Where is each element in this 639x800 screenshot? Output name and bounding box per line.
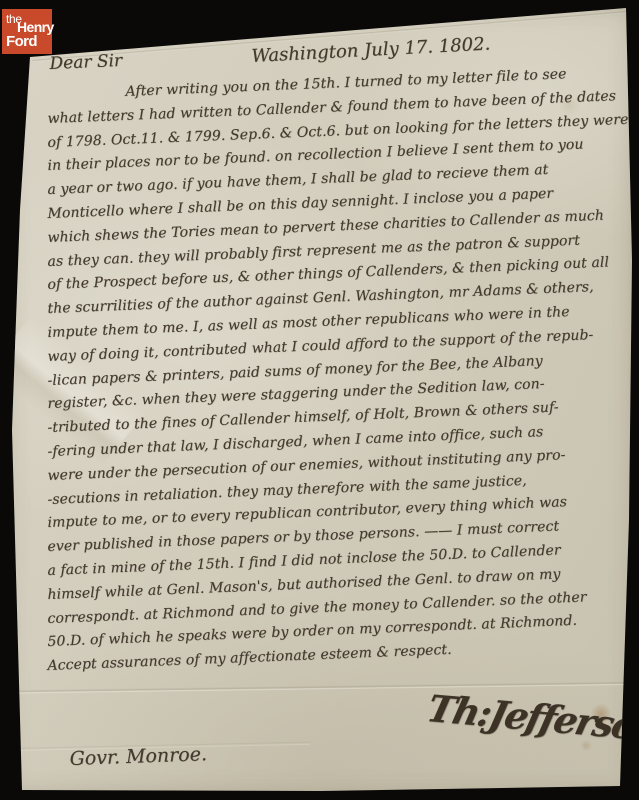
logo-word-ford: Ford (6, 33, 37, 50)
jefferson-signature: Th:Jefferson (423, 686, 639, 750)
letter-body: After writing you on the 15th. I turned … (48, 84, 633, 679)
photo-background: Washington July 17. 1802. Dear Sir After… (0, 0, 639, 800)
letter-addressee: Govr. Monroe. (69, 743, 207, 770)
letter-salutation: Dear Sir (49, 51, 122, 74)
crease-line-fold (14, 681, 626, 694)
henry-ford-logo: the Henry Ford (2, 9, 52, 54)
letter-paper: Washington July 17. 1802. Dear Sir After… (0, 0, 639, 800)
